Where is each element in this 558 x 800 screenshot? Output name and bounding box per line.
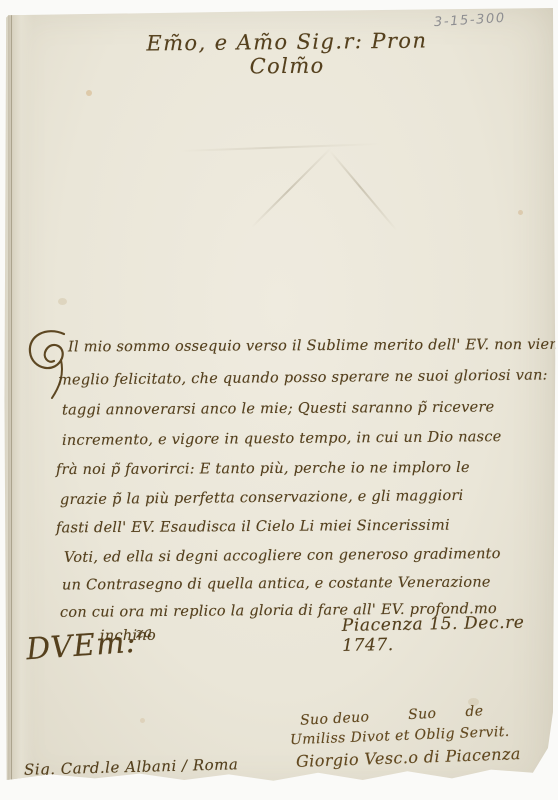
signature-line: Giorgio Vesc.o di Piacenza: [296, 744, 521, 771]
stain: [58, 298, 67, 305]
closing-abbreviation: DVEm:za: [25, 624, 155, 668]
catalog-number: 3-15-300: [434, 11, 507, 30]
body-line: taggi annoverarsi anco le mie; Questi sa…: [62, 399, 495, 418]
stain: [86, 90, 92, 96]
body-line: incremento, e vigore in questo tempo, in…: [62, 429, 502, 449]
body-line: Il mio sommo ossequio verso il Sublime m…: [68, 337, 558, 356]
stain: [518, 210, 523, 215]
manuscript-paper: 3-15-300 Em̃o, e Am̃o Sig.r: Pron Colm̃o…: [0, 0, 558, 800]
body-line: grazie p̃ la più perfetta conservazione,…: [60, 488, 464, 508]
fold-crease: [251, 147, 332, 228]
stain: [140, 718, 145, 723]
body-line: frà noi p̃ favorirci: E tanto più, perch…: [56, 460, 470, 478]
fold-crease: [180, 143, 380, 152]
body-line: Voti, ed ella si degni accogliere con ge…: [64, 546, 501, 566]
scanned-letter: 3-15-300 Em̃o, e Am̃o Sig.r: Pron Colm̃o…: [0, 0, 558, 800]
recipient-address: Sig. Card.le Albani / Roma: [24, 755, 239, 779]
left-fold-line: [11, 12, 12, 780]
closing-abbreviation-main: DVEm:: [25, 625, 138, 668]
salutation-line: Em̃o, e Am̃o Sig.r: Pron Colm̃o: [142, 28, 432, 79]
closing-abbreviation-superscript: za: [135, 625, 153, 642]
body-line: un Contrasegno di quella antica, e costa…: [62, 575, 491, 594]
fold-crease: [329, 150, 397, 231]
initial-flourish-icon: [24, 326, 72, 404]
dateline: Piacenza 15. Dec.re 1747.: [342, 612, 558, 656]
body-line: meglio felicitato, che quando posso sper…: [58, 367, 548, 388]
body-line: fasti dell' EV. Esaudisca il Cielo Li mi…: [56, 518, 450, 537]
